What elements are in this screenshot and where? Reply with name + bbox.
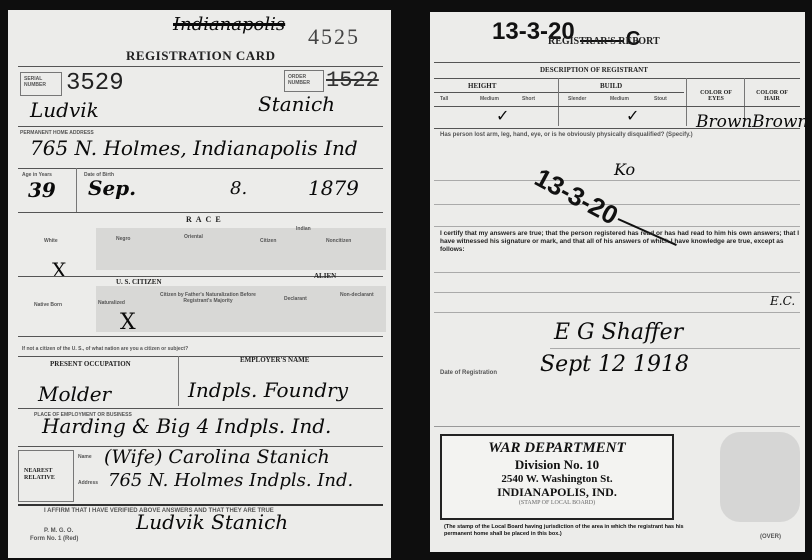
race-oriental-label: Oriental — [184, 234, 203, 240]
registrar-initials: E.C. — [770, 294, 795, 308]
diagonal-stamp: 13-3-20 — [529, 162, 623, 231]
relative-name-label: Name — [78, 454, 92, 460]
race-white-label: White — [44, 238, 58, 244]
race-noncitizen-label: Noncitizen — [326, 238, 351, 244]
stamp-line-5: (STAMP OF LOCAL BOARD) — [442, 500, 672, 506]
race-negro-label: Negro — [116, 236, 130, 242]
relative-name: (Wife) Carolina Stanich — [104, 446, 330, 468]
build-slender-label: Slender — [568, 96, 586, 102]
height-medium-label: Medium — [480, 96, 499, 102]
stamp-line-2: Division No. 10 — [442, 457, 672, 473]
registration-card-back: 13-3-20 C REGISTRAR'S REPORT DESCRIPTION… — [430, 12, 805, 552]
over-label: (OVER) — [760, 534, 781, 540]
employment-place: Harding & Big 4 Indpls. Ind. — [42, 414, 331, 438]
struck-header: Indianapolis — [173, 14, 285, 35]
order-number: 1522 — [326, 68, 379, 93]
description-label: DESCRIPTION OF REGISTRANT — [540, 66, 648, 74]
height-label: HEIGHT — [468, 82, 496, 90]
hair-color: Brown — [752, 112, 805, 132]
height-medium-mark: ✓ — [496, 106, 509, 125]
registrant-signature: Ludvik Stanich — [136, 510, 288, 534]
permanent-address: 765 N. Holmes, Indianapolis Ind — [30, 136, 358, 160]
form-id-line1: P. M. G. O. — [44, 528, 73, 534]
race-white-mark: X — [52, 258, 66, 282]
disqualified-question: Has person lost arm, leg, hand, eye, or … — [440, 132, 800, 138]
registration-card-front: Indianapolis 4525 REGISTRATION CARD SERI… — [8, 10, 391, 558]
registrar-report-title: REGISTRAR'S REPORT — [548, 36, 660, 47]
serial-number-label: SERIAL NUMBER — [24, 76, 58, 88]
build-label: BUILD — [600, 82, 622, 90]
height-tall-label: Tall — [440, 96, 448, 102]
dob-month: Sep. — [88, 176, 136, 200]
serial-number: 3529 — [66, 70, 124, 97]
nearest-relative-label: NEAREST RELATIVE — [24, 468, 68, 482]
registrar-signature: E G Shaffer — [554, 320, 683, 345]
certify-text: I certify that my answers are true; that… — [440, 230, 800, 254]
employer-label: EMPLOYER'S NAME — [240, 356, 309, 364]
age: 39 — [28, 178, 56, 202]
order-number-label: ORDER NUMBER — [288, 74, 322, 86]
naturalized-mark: X — [120, 310, 136, 335]
alien-label: ALIEN — [314, 272, 336, 280]
build-medium-mark: ✓ — [626, 106, 639, 125]
build-medium-label: Medium — [610, 96, 629, 102]
non-declarant-label: Non-declarant — [340, 292, 380, 298]
citizenship-question: If not a citizen of the U. S., of what n… — [22, 346, 262, 352]
hair-color-label: COLOR OF HAIR — [752, 90, 792, 102]
card-title: REGISTRATION CARD — [126, 48, 275, 64]
dob-day: 8. — [230, 178, 247, 199]
stamp-line-1: WAR DEPARTMENT — [442, 440, 672, 457]
diagonal-note: Ko — [614, 160, 635, 179]
card-number-stamp: 4525 — [308, 24, 360, 50]
race-label: RACE — [186, 215, 225, 224]
occupation: Molder — [38, 382, 111, 406]
native-born-label: Native Born — [34, 302, 62, 308]
smudge — [720, 432, 800, 522]
build-stout-label: Stout — [654, 96, 667, 102]
registration-date: Sept 12 1918 — [540, 352, 689, 377]
relative-address: 765 N. Holmes Indpls. Ind. — [108, 470, 353, 491]
local-board-stamp: WAR DEPARTMENT Division No. 10 2540 W. W… — [440, 434, 674, 520]
height-short-label: Short — [522, 96, 535, 102]
race-indian-label: Indian — [296, 226, 311, 232]
stamp-footnote: (The stamp of the Local Board having jur… — [444, 524, 684, 538]
eye-color-label: COLOR OF EYES — [698, 90, 734, 102]
us-citizen-label: U. S. CITIZEN — [116, 278, 162, 286]
employer: Indpls. Foundry — [188, 378, 348, 402]
registration-date-label: Date of Registration — [440, 370, 497, 376]
dob-year: 1879 — [308, 176, 359, 200]
last-name: Stanich — [258, 92, 335, 116]
eye-color: Brown — [696, 112, 752, 132]
race-citizen-label: Citizen — [260, 238, 276, 244]
citizen-by-father-label: Citizen by Father's Naturalization Befor… — [158, 292, 258, 304]
occupation-label: PRESENT OCCUPATION — [50, 360, 131, 368]
stamp-line-4: INDIANAPOLIS, IND. — [442, 485, 672, 500]
relative-address-label: Address — [78, 480, 98, 486]
declarant-label: Declarant — [284, 296, 307, 302]
stamp-line-3: 2540 W. Washington St. — [442, 473, 672, 485]
naturalized-label: Naturalized — [98, 300, 125, 306]
first-name: Ludvik — [30, 98, 99, 122]
form-id-line2: Form No. 1 (Red) — [30, 536, 78, 542]
